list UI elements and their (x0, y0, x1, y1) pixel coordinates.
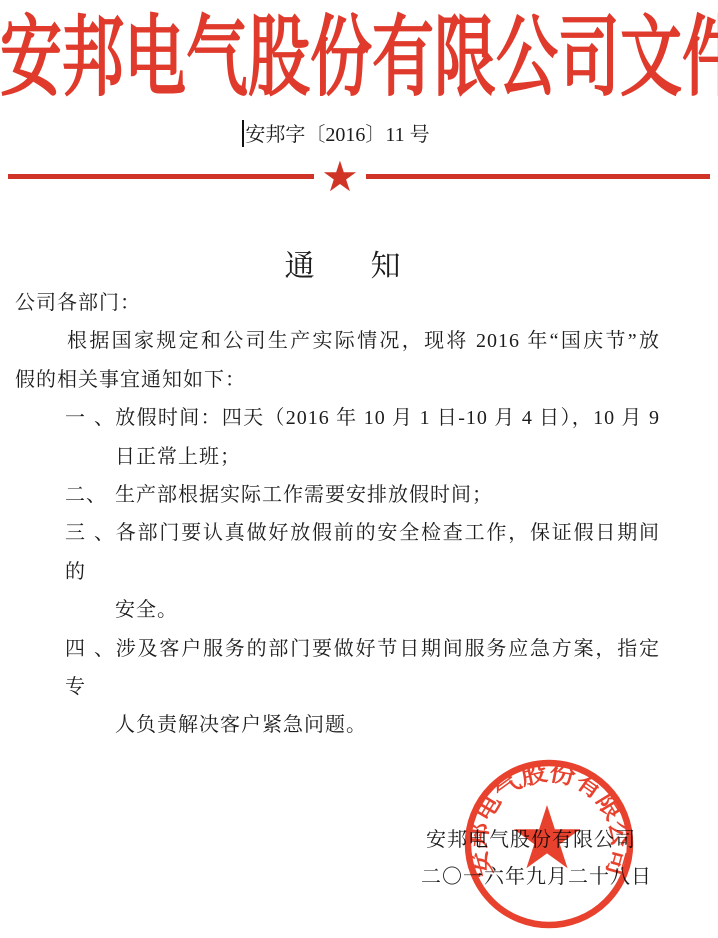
doc-number[interactable]: 安邦字〔2016〕11 号 (245, 124, 429, 146)
list-marker: 一、 (65, 399, 115, 437)
list-item-text: 生产部根据实际工作需要安排放假时间； (115, 484, 493, 506)
list-marker: 二、 (65, 476, 115, 514)
list-item-text: 涉及客户服务的部门要做好节日期间服务应急方案，指定专 (65, 638, 660, 698)
list-item-4[interactable]: 四、涉及客户服务的部门要做好节日期间服务应急方案，指定专 (15, 630, 660, 707)
company-document-title[interactable]: 安邦电气股份有限公司文件 (0, 12, 718, 106)
list-item-3[interactable]: 三、各部门要认真做好放假前的安全检查工作，保证假日期间的 (15, 514, 660, 591)
company-seal: 安邦电气股份有限公司 (461, 756, 637, 932)
list-item-2[interactable]: 二、生产部根据实际工作需要安排放假时间； (15, 476, 660, 514)
notice-body: 公司各部门： 根据国家规定和公司生产实际情况，现将 2016 年“国庆节”放 假… (15, 284, 660, 745)
notice-title[interactable]: 通 知 (0, 249, 698, 285)
document-page: 安邦电气股份有限公司文件 安邦字〔2016〕11 号 ★ 通 知 公司各部门： … (0, 0, 718, 938)
list-marker: 三、 (65, 514, 115, 552)
list-item-4-continuation[interactable]: 人负责解决客户紧急问题。 (15, 706, 660, 744)
list-item-1-continuation[interactable]: 日正常上班； (15, 438, 660, 476)
list-item-text: 放假时间：四天（2016 年 10 月 1 日-10 月 4 日），10 月 9 (115, 407, 660, 429)
list-item-text: 各部门要认真做好放假前的安全检查工作，保证假日期间的 (65, 522, 660, 582)
seal-star-icon (514, 805, 581, 868)
star-icon: ★ (314, 154, 366, 199)
list-item-1[interactable]: 一、放假时间：四天（2016 年 10 月 1 日-10 月 4 日），10 月… (15, 399, 660, 437)
paragraph-line[interactable]: 根据国家规定和公司生产实际情况，现将 2016 年“国庆节”放 (15, 322, 660, 360)
salutation[interactable]: 公司各部门： (15, 284, 660, 322)
list-item-3-continuation[interactable]: 安全。 (15, 591, 660, 629)
paragraph-line[interactable]: 假的相关事宜通知如下： (15, 361, 660, 399)
doc-number-row: 安邦字〔2016〕11 号 (0, 120, 672, 150)
list-marker: 四、 (65, 630, 115, 668)
